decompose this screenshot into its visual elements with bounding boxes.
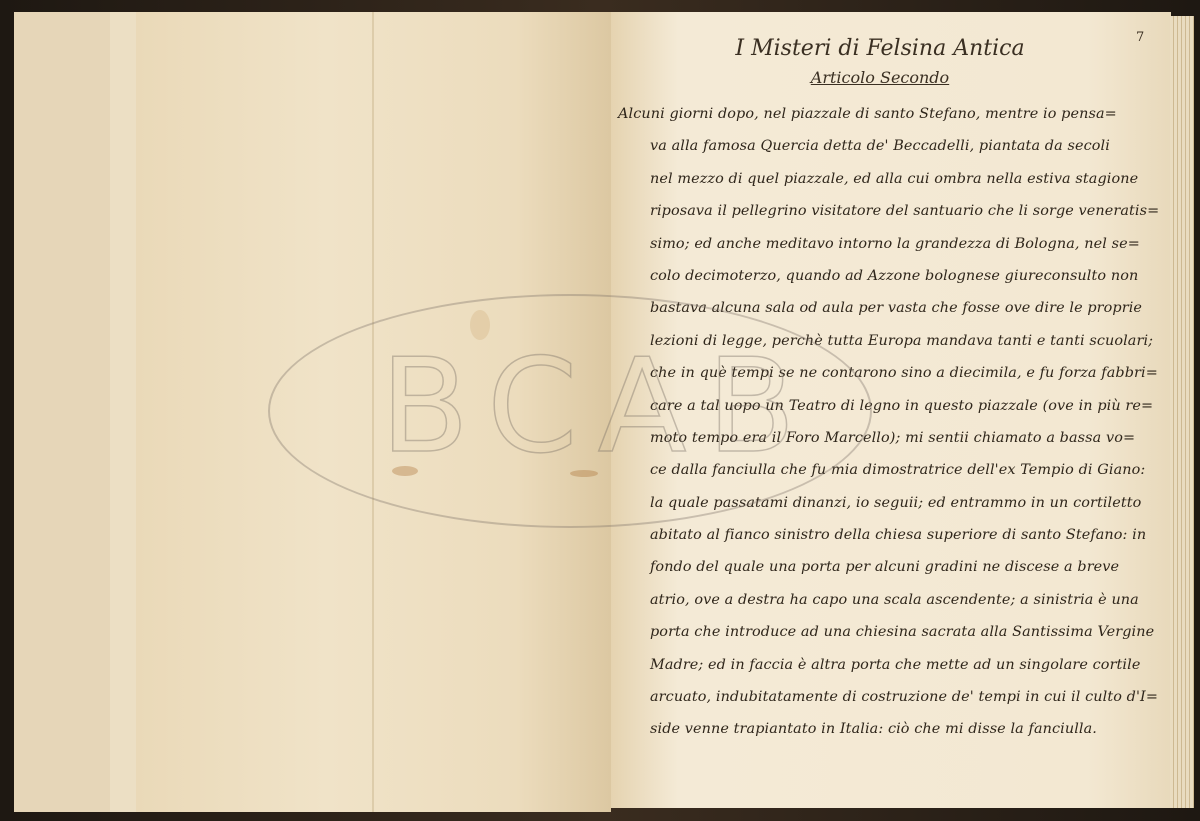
left-flyleaf [14,12,115,812]
text-line: porta che introduce ad una chiesina sacr… [618,616,1166,648]
text-line: va alla famosa Quercia detta de' Beccade… [618,130,1166,162]
text-line: atrio, ove a destra ha capo una scala as… [618,584,1166,616]
document-subtitle: Articolo Secondo [790,68,970,87]
text-line: simo; ed anche meditavo intorno la grand… [618,228,1166,260]
document-title: I Misteri di Felsina Antica [730,36,1030,61]
page-number: 7 [1136,30,1144,45]
text-line: abitato al fianco sinistro della chiesa … [618,519,1166,551]
binding-strip [110,12,137,812]
text-line: arcuato, indubitatamente di costruzione … [618,681,1166,713]
text-line: Alcuni giorni dopo, nel piazzale di sant… [618,98,1166,130]
text-line: colo decimoterzo, quando ad Azzone bolog… [618,260,1166,292]
text-line: riposava il pellegrino visitatore del sa… [618,195,1166,227]
page-edges [1170,16,1194,808]
text-line: fondo del quale una porta per alcuni gra… [618,551,1166,583]
text-line: side venne trapiantato in Italia: ciò ch… [618,713,1166,745]
text-line: Madre; ed in faccia è altra porta che me… [618,649,1166,681]
text-line: nel mezzo di quel piazzale, ed alla cui … [618,163,1166,195]
watermark-text: BCAB [380,330,816,482]
